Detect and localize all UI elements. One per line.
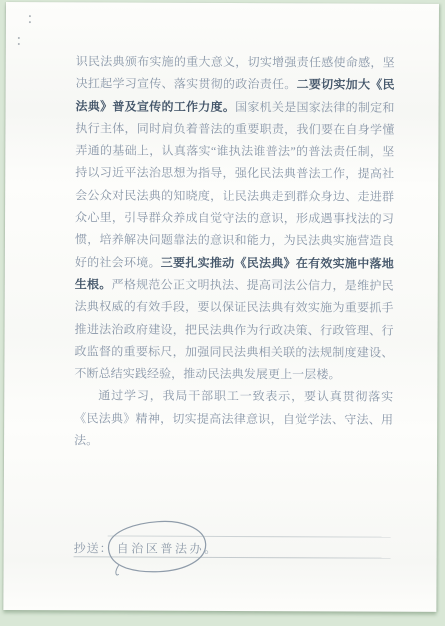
- smudge-mark: [29, 15, 32, 25]
- document-body: 识民法典颁布实施的重大意义，切实增强责任感使命感，坚决扛起学习宣传、落实贯彻的政…: [74, 50, 395, 453]
- ruled-line: [108, 535, 391, 537]
- cc-label: 抄送：: [74, 541, 113, 555]
- body-text-run: 通过学习，我局干部职工一致表示，要认真贯彻落实《民法典》精神，切实提高法律意识，…: [74, 389, 393, 448]
- body-text-run: 国家机关是国家法律的制定和执行主体，同时肩负着普法的重要职责，我们要在自身学懂弄…: [75, 100, 395, 270]
- body-text-run: 严格规范公正文明执法、提高司法公信力，是维护民法典权威的有效手段，要以保证民法典…: [74, 277, 393, 381]
- cc-line: 抄送：自治区普法办。: [74, 539, 394, 557]
- paragraph: 通过学习，我局干部职工一致表示，要认真贯彻落实《民法典》精神，切实提高法律意识，…: [74, 385, 393, 453]
- cc-value: 自治区普法办。: [117, 541, 219, 555]
- smudge-mark: [18, 37, 21, 47]
- scan-background: 识民法典颁布实施的重大意义，切实增强责任感使命感，坚决扛起学习宣传、落实贯彻的政…: [0, 0, 445, 626]
- document-page: 识民法典颁布实施的重大意义，切实增强责任感使命感，坚决扛起学习宣传、落实贯彻的政…: [3, 2, 439, 612]
- paragraph: 识民法典颁布实施的重大意义，切实增强责任感使命感，坚决扛起学习宣传、落实贯彻的政…: [74, 50, 394, 386]
